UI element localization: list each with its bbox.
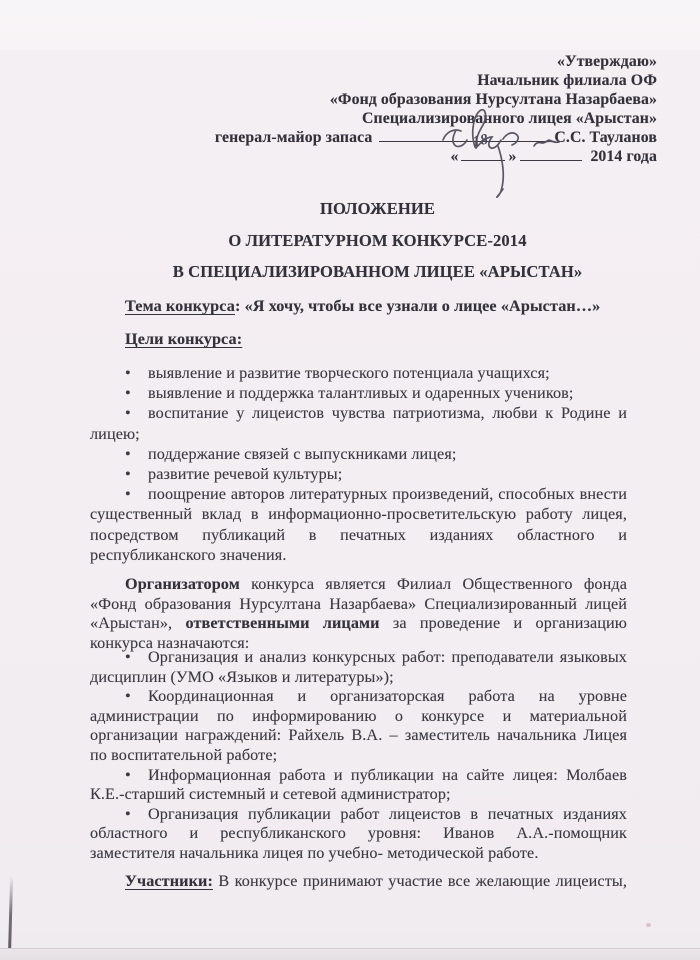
document-subtitle-contest: О ЛИТЕРАТУРНОМ КОНКУРСЕ-2014 (105, 231, 650, 251)
document-title: ПОЛОЖЕНИЕ (105, 199, 650, 219)
bullet-dot: • (125, 363, 131, 383)
goal-text: поощрение авторов литературных произведе… (90, 485, 627, 564)
responsible-text: Организация публикации работ лицеистов в… (90, 805, 627, 862)
responsible-item: •Организация публикации работ лицеистов … (90, 805, 627, 864)
goal-text: развитие речевой культуры; (148, 465, 342, 483)
goal-text: выявление и развитие творческого потенци… (148, 364, 550, 382)
responsible-text: Организация и анализ конкурсных работ: п… (90, 648, 627, 686)
signatory-rank: генерал-майор запаса (215, 129, 372, 146)
goal-item: •выявление и поддержка талантливых и ода… (90, 383, 627, 403)
goals-list: •выявление и развитие творческого потенц… (90, 363, 627, 565)
goal-text: поддержание связей с выпускниками лицея; (148, 445, 457, 463)
bullet-dot: • (125, 403, 131, 423)
goals-heading-line: Цели конкурса: (90, 330, 627, 349)
theme-text: : «Я хочу, чтобы все узнали о лицее «Ары… (235, 297, 600, 315)
responsible-item: •Информационная работа и публикации на с… (90, 766, 627, 805)
scan-bottom-edge (0, 948, 700, 960)
bullet-dot: • (125, 464, 131, 484)
bullet-dot: • (125, 687, 131, 707)
bullet-dot: • (125, 383, 131, 403)
responsible-item: •Организация и анализ конкурсных работ: … (90, 648, 627, 687)
organizer-emphasis: ответственными лицами (185, 614, 379, 632)
organizer-lead: Организатором (125, 575, 240, 593)
participants-text: В конкурсе принимают участие все желающи… (218, 872, 627, 890)
goal-item: •воспитание у лицеистов чувства патриоти… (90, 403, 627, 443)
goal-item: •поддержание связей с выпускниками лицея… (90, 444, 627, 464)
theme-line: Тема конкурса: «Я хочу, чтобы все узнали… (90, 297, 627, 316)
goal-item: •развитие речевой культуры; (90, 464, 627, 484)
participants-label: Участники: (125, 872, 213, 890)
scan-speck (646, 923, 651, 927)
approval-line-chief: Начальник филиала ОФ (215, 71, 657, 90)
responsible-text: Информационная работа и публикации на са… (90, 766, 627, 804)
theme-label: Тема конкурса (125, 297, 235, 315)
scan-top-light-band (0, 0, 700, 50)
responsible-text: Координационная и организаторская работа… (90, 687, 627, 764)
bullet-dot: • (125, 766, 131, 786)
bullet-dot: • (125, 648, 131, 668)
responsible-list: •Организация и анализ конкурсных работ: … (90, 648, 627, 864)
organizer-paragraph: Организатором конкурса является Филиал О… (90, 575, 627, 653)
document-page: «Утверждаю» Начальник филиала ОФ «Фонд о… (0, 0, 700, 960)
goal-text: выявление и поддержка талантливых и одар… (148, 384, 574, 402)
document-subtitle-lyceum: В СПЕЦИАЛИЗИРОВАННОМ ЛИЦЕЕ «АРЫСТАН» (105, 262, 650, 282)
bullet-dot: • (125, 484, 131, 504)
bullet-dot: • (125, 444, 131, 464)
participants-line: Участники: В конкурсе принимают участие … (90, 872, 627, 891)
goal-item: •поощрение авторов литературных произвед… (90, 484, 627, 565)
responsible-item: •Координационная и организаторская работ… (90, 687, 627, 765)
goals-heading: Цели конкурса: (125, 330, 242, 348)
approval-line-utverzhdayu: «Утверждаю» (215, 52, 657, 71)
goal-text: воспитание у лицеистов чувства патриотиз… (90, 404, 627, 442)
bullet-dot: • (125, 805, 131, 825)
goal-item: •выявление и развитие творческого потенц… (90, 363, 627, 383)
